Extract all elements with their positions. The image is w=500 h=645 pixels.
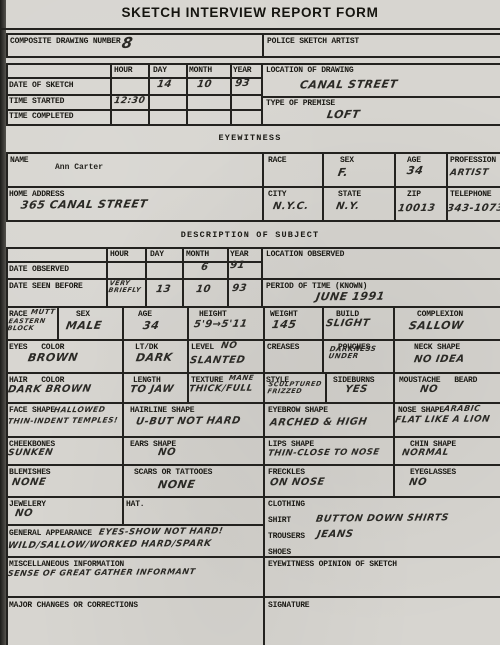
form-line (6, 124, 500, 126)
eyewitness-section-title: EYEWITNESS (0, 133, 500, 143)
form-line (6, 186, 500, 188)
hair-color-value: DARK BROWN (7, 384, 92, 396)
hairline-shape-value: U-BUT NOT HARD (135, 415, 242, 427)
date-observed-month: 6 (200, 262, 209, 273)
col-month-label: MONTH (186, 250, 209, 259)
general-appearance-label: GENERAL APPEARANCE (9, 529, 92, 538)
location-of-drawing-value: CANAL STREET (299, 77, 399, 91)
form-line (6, 524, 265, 526)
form-line (6, 306, 500, 308)
subject-age-label: AGE (138, 310, 152, 319)
form-line (6, 77, 263, 79)
moustache-value: NO (419, 384, 439, 395)
eyeglasses-value: NO (408, 477, 428, 488)
form-line (230, 63, 232, 124)
form-line (6, 63, 8, 126)
form-line (0, 28, 500, 30)
form-line (6, 278, 500, 280)
age-value: 34 (406, 164, 424, 177)
eyes-color-value: BROWN (27, 351, 79, 365)
form-line (148, 63, 150, 124)
location-observed-label: LOCATION OBSERVED (266, 250, 344, 259)
composite-number-value: 8 (120, 34, 134, 52)
trousers-value: JEANS (316, 529, 354, 540)
hat-label: HAT. (126, 500, 144, 509)
chin-shape-value: NORMAL (401, 448, 450, 458)
form-line (227, 247, 229, 306)
time-completed-label: TIME COMPLETED (9, 112, 73, 121)
form-line (145, 247, 147, 306)
hair-texture-note: MANE (228, 374, 254, 382)
lips-shape-value: THIN-CLOSE TO NOSE (267, 447, 380, 458)
subject-race-note: MUTT (30, 308, 56, 316)
type-of-premise-value: LOFT (326, 108, 361, 121)
city-value: N.Y.C. (272, 201, 310, 212)
col-hour-label: HOUR (110, 250, 128, 259)
eyeglasses-label: EYEGLASSES (410, 468, 456, 477)
form-line (6, 556, 500, 558)
form-line (57, 306, 59, 339)
face-shape-label: FACE SHAPE (9, 406, 55, 415)
form-line (6, 436, 500, 438)
form-line (6, 247, 8, 306)
location-of-drawing-label: LOCATION OF DRAWING (266, 66, 353, 75)
telephone-label: TELEPHONE (450, 190, 491, 199)
shoes-label: SHOES (268, 548, 291, 557)
subject-build-value: SLIGHT (325, 318, 371, 329)
form-line (6, 402, 500, 404)
form-line (110, 63, 112, 124)
form-line (325, 372, 327, 402)
major-changes-label: MAJOR CHANGES OR CORRECTIONS (9, 601, 138, 610)
col-day-label: DAY (153, 66, 167, 75)
form-line (6, 220, 500, 222)
sex-value: F. (337, 166, 349, 179)
pouches-value: DARKNESS UNDER (328, 346, 383, 361)
col-day-label: DAY (150, 250, 164, 259)
form-line (6, 306, 8, 645)
general-appearance-value: WILD/SALLOW/WORKED HARD/SPARK (7, 539, 212, 551)
race-label: RACE (268, 156, 286, 165)
eyebrow-shape-label: EYEBROW SHAPE (268, 406, 328, 415)
col-year-label: YEAR (233, 66, 251, 75)
eyewitness-opinion-label: EYEWITNESS OPINION OF SKETCH (268, 560, 397, 569)
creases-label: CREASES (267, 343, 299, 352)
page-title: SKETCH INTERVIEW REPORT FORM (0, 5, 500, 20)
hairline-shape-label: HAIRLINE SHAPE (130, 406, 194, 415)
jewelery-value: NO (14, 508, 34, 519)
form-line (6, 33, 500, 35)
scars-value: NONE (157, 478, 197, 491)
form-line (186, 63, 188, 124)
state-value: N.Y. (335, 201, 360, 212)
face-shape-value: THIN-INDENT TEMPLES! (7, 415, 119, 425)
eyes-level-label: LEVEL (191, 343, 214, 352)
date-seen-before-label: DATE SEEN BEFORE (9, 282, 83, 291)
nose-shape-label: NOSE SHAPE (398, 406, 444, 415)
date-seen-before-day: 13 (155, 284, 172, 295)
col-hour-label: HOUR (114, 66, 132, 75)
form-line (261, 247, 263, 306)
zip-value: 10013 (397, 203, 436, 214)
subject-complexion-value: SALLOW (408, 319, 465, 333)
col-month-label: MONTH (189, 66, 212, 75)
hair-length-value: TO JAW (129, 384, 175, 395)
form-line (6, 33, 8, 58)
scars-label: SCARS OR TATTOOES (134, 468, 212, 477)
subject-sex-label: SEX (76, 310, 90, 319)
shirt-value: BUTTON DOWN SHIRTS (315, 512, 450, 524)
form-line (6, 56, 500, 58)
form-line (261, 96, 500, 98)
date-observed-label: DATE OBSERVED (9, 265, 69, 274)
date-of-sketch-month: 10 (196, 79, 213, 90)
form-line (263, 306, 265, 645)
profession-label: PROFESSION (450, 156, 496, 165)
police-sketch-artist-label: POLICE SKETCH ARTIST (267, 37, 359, 46)
sketch-interview-report-form: SKETCH INTERVIEW REPORT FORM C (0, 0, 500, 645)
eyes-level-value: SLANTED (189, 355, 246, 367)
eyebrow-shape-value: ARCHED & HIGH (269, 416, 368, 428)
name-label: NAME (10, 156, 28, 165)
freckles-value: ON NOSE (269, 477, 326, 489)
telephone-value: 343-1073 (446, 203, 500, 215)
form-line (6, 496, 500, 498)
form-line (6, 339, 500, 341)
form-line (261, 63, 263, 124)
date-seen-before-year: 93 (231, 283, 248, 294)
general-appearance-note: EYES-SHOW NOT HARD! (98, 526, 224, 537)
date-seen-before-month: 10 (195, 284, 212, 295)
form-line (6, 109, 263, 111)
clothing-label: CLOTHING (268, 500, 305, 509)
form-line (394, 152, 396, 222)
form-line (6, 152, 8, 222)
trousers-label: TROUSERS (268, 532, 305, 541)
form-line (122, 306, 124, 524)
form-line (182, 247, 184, 306)
subject-weight-value: 145 (271, 318, 298, 331)
freckles-label: FRECKLES (268, 468, 305, 477)
subject-height-label: HEIGHT (199, 310, 227, 319)
eyes-level-note: NO (220, 341, 238, 351)
date-of-sketch-day: 14 (156, 79, 173, 90)
signature-label: SIGNATURE (268, 601, 309, 610)
date-of-sketch-year: 93 (234, 78, 251, 89)
sex-label: SEX (340, 156, 354, 165)
form-line (322, 306, 324, 372)
name-value: Ann Carter (55, 163, 103, 172)
city-label: CITY (268, 190, 286, 199)
neck-shape-value: NO IDEA (413, 354, 465, 366)
date-observed-year: 91 (229, 260, 246, 271)
col-year-label: YEAR (230, 250, 248, 259)
blemishes-label: BLEMISHES (9, 468, 50, 477)
form-line (6, 464, 500, 466)
nose-shape-note: ARABIC (443, 404, 481, 413)
subject-height-value: 5'9→5'11 (193, 319, 248, 331)
hair-texture-value: THICK/FULL (188, 384, 254, 395)
neck-shape-label: NECK SHAPE (414, 343, 460, 352)
blemishes-value: NONE (11, 477, 47, 488)
form-line (322, 152, 324, 222)
cheekbones-value: SUNKEN (7, 448, 54, 458)
form-line (6, 596, 500, 598)
form-line (262, 152, 264, 222)
time-started-label: TIME STARTED (9, 97, 64, 106)
subject-complexion-label: COMPLEXION (417, 310, 463, 319)
form-line (6, 152, 500, 154)
subject-section-title: DESCRIPTION OF SUBJECT (0, 230, 500, 240)
profession-value: ARTIST (449, 168, 489, 178)
form-line (6, 63, 500, 65)
date-of-sketch-label: DATE OF SKETCH (9, 81, 73, 90)
composite-number-label: COMPOSITE DRAWING NUMBER (10, 37, 120, 46)
state-label: STATE (338, 190, 361, 199)
form-line (106, 247, 108, 306)
time-started-value: 12:30 (113, 96, 146, 106)
zip-label: ZIP (407, 190, 421, 199)
hair-style-value: SCULPTURED FRIZZED (267, 381, 323, 395)
form-line (393, 306, 395, 496)
form-line (262, 33, 264, 58)
home-address-value: 365 CANAL STREET (20, 197, 149, 211)
sideburns-value: YES (344, 384, 369, 395)
form-line (6, 247, 500, 249)
eyes-ltdk-value: DARK (135, 351, 174, 364)
date-seen-before-hour: VERY BRIEFLY (108, 280, 144, 294)
subject-sex-value: MALE (65, 319, 103, 332)
subject-age-value: 34 (142, 319, 160, 332)
period-of-time-value: JUNE 1991 (315, 290, 386, 304)
face-shape-note: HALLOWED (53, 405, 106, 415)
type-of-premise-label: TYPE OF PREMISE (266, 99, 335, 108)
nose-shape-value: FLAT LIKE A LION (394, 415, 491, 426)
misc-info-value: SENSE OF GREAT GATHER INFORMANT (7, 567, 196, 578)
form-line (6, 261, 263, 263)
ears-shape-value: NO (157, 447, 177, 458)
shirt-label: SHIRT (268, 516, 291, 525)
subject-race-value: EASTERN BLOCK (7, 318, 53, 332)
